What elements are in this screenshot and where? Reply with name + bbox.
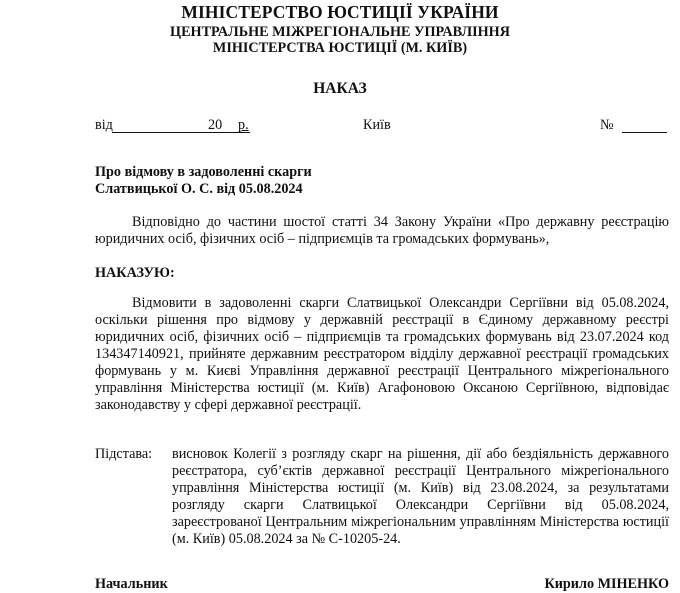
date-blank-field — [112, 117, 250, 133]
order-heading: НАКАЗУЮ: — [95, 265, 175, 282]
basis-text: висновок Колегії з розгляду скарг на ріш… — [172, 446, 669, 548]
city: Київ — [363, 117, 391, 134]
date-prefix: від — [95, 117, 113, 134]
basis-label: Підстава: — [95, 446, 152, 463]
date-city-number-line: від 20 р. Київ № — [95, 117, 670, 135]
subject: Про відмову в задоволенні скарги Слатвиц… — [95, 164, 312, 198]
order-paragraph: Відмовити в задоволенні скарги Слатвицьк… — [95, 295, 669, 414]
document-title: НАКАЗ — [0, 80, 680, 98]
date-year: 20 — [208, 117, 222, 134]
department-heading-line2: МІНІСТЕРСТВА ЮСТИЦІЇ (М. КИЇВ) — [0, 40, 680, 57]
number-prefix: № — [600, 117, 614, 134]
signer-name: Кирило МІНЕНКО — [544, 576, 669, 593]
subject-line2: Слатвицької О. С. від 05.08.2024 — [95, 181, 312, 198]
ministry-heading: МІНІСТЕРСТВО ЮСТИЦІЇ УКРАЇНИ — [0, 2, 680, 23]
number-blank-field — [622, 117, 667, 133]
preamble-paragraph: Відповідно до частини шостої статті 34 З… — [95, 214, 669, 248]
department-heading-line1: ЦЕНТРАЛЬНЕ МІЖРЕГІОНАЛЬНЕ УПРАВЛІННЯ — [0, 24, 680, 41]
date-suffix: р. — [238, 117, 249, 134]
signer-position: Начальник — [95, 576, 168, 593]
subject-line1: Про відмову в задоволенні скарги — [95, 164, 312, 181]
